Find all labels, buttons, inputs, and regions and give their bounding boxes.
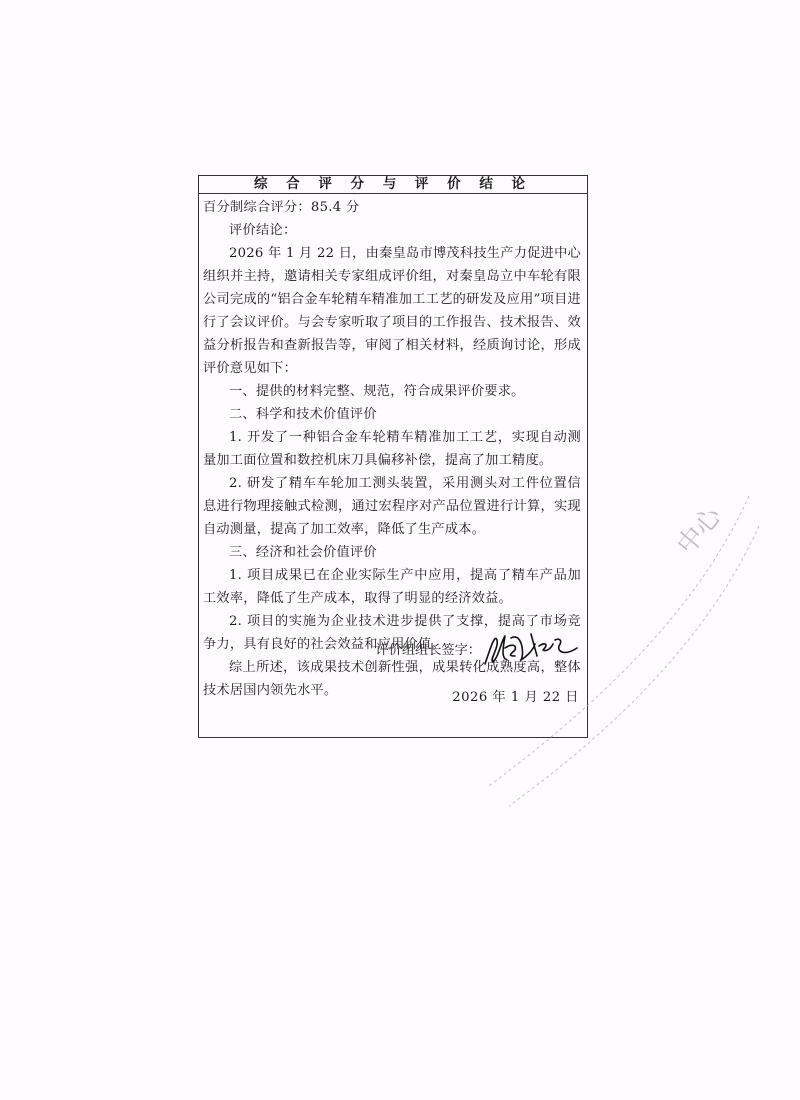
- evaluation-form: 综 合 评 分 与 评 价 结 论 百分制综合评分：85.4 分 评价结论： 2…: [198, 175, 588, 738]
- intro-paragraph: 2026 年 1 月 22 日，由秦皇岛市博茂科技生产力促进中心组织并主持，邀请…: [203, 242, 581, 380]
- section-1: 一、提供的材料完整、规范，符合成果评价要求。: [203, 380, 581, 403]
- score-line: 百分制综合评分：85.4 分: [203, 196, 581, 219]
- handwritten-signature-icon: [481, 626, 581, 670]
- form-title: 综 合 评 分 与 评 价 结 论: [199, 176, 587, 194]
- section-2-item: 1. 开发了一种铝合金车轮精车精准加工工艺，实现自动测量加工面位置和数控机床刀具…: [203, 426, 581, 472]
- section-2-item: 2. 研发了精车车轮加工测头装置，采用测头对工件位置信息进行物理接触式检测，通过…: [203, 472, 581, 541]
- conclusion-heading: 评价结论：: [203, 219, 581, 242]
- section-3-item: 1. 项目成果已在企业实际生产中应用，提高了精车产品加工效率，降低了生产成本，取…: [203, 564, 581, 610]
- section-3-heading: 三、经济和社会价值评价: [203, 541, 581, 564]
- signature-date: 2026 年 1 月 22 日: [452, 686, 579, 705]
- section-2-heading: 二、科学和技术价值评价: [203, 403, 581, 426]
- signature-row: 评价组组长签字：: [376, 626, 582, 670]
- svg-text:中心: 中心: [671, 501, 728, 561]
- signature-label: 评价组组长签字：: [376, 639, 482, 658]
